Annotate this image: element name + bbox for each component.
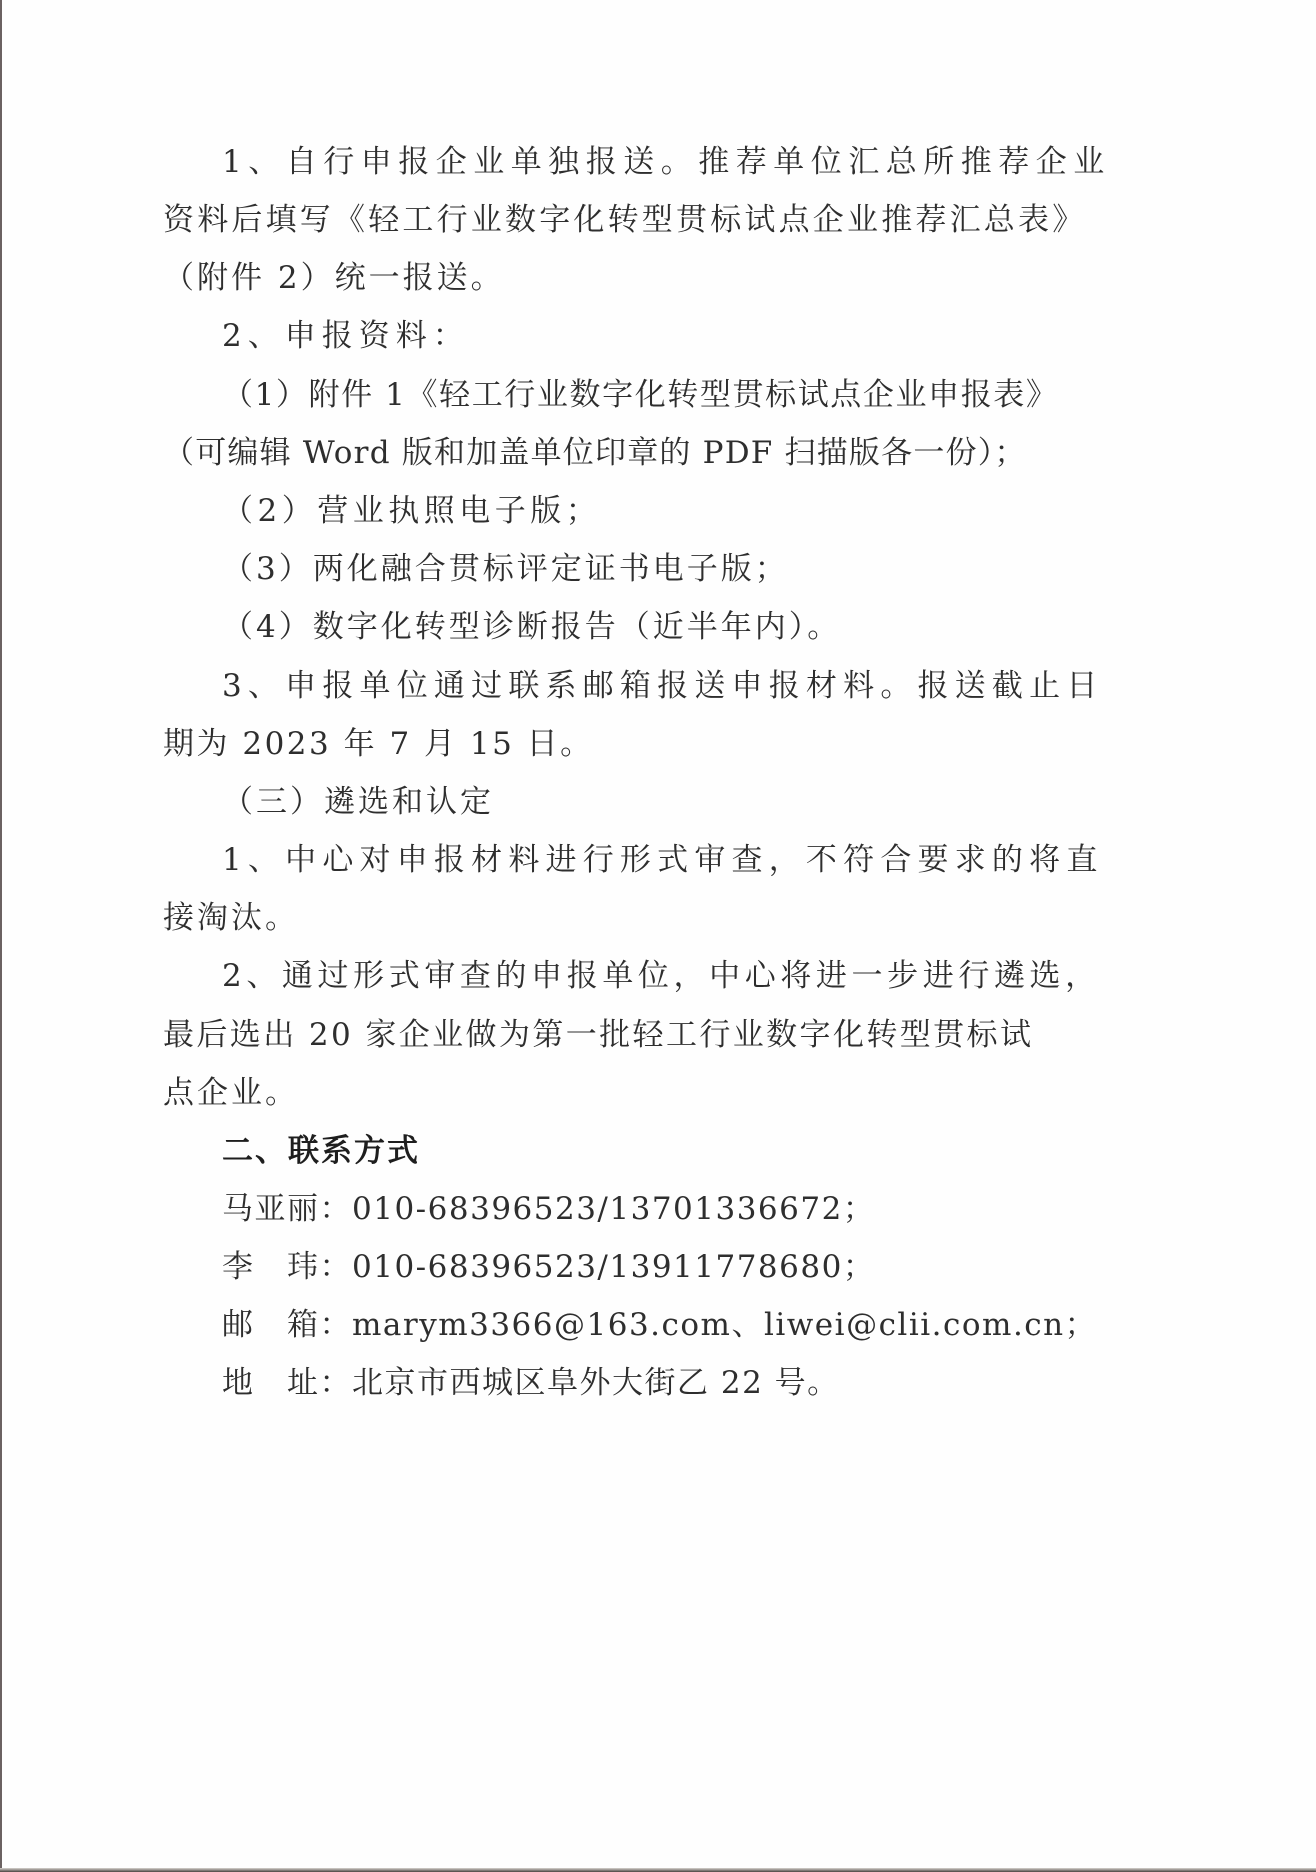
- contact-label: 李 玮：: [222, 1247, 352, 1287]
- paragraph-line: （可编辑 Word 版和加盖单位印章的 PDF 扫描版各一份）；: [163, 433, 1027, 473]
- contact-value: 010-68396523/13701336672；: [352, 1191, 875, 1227]
- section-heading-contact: 二、联系方式: [222, 1131, 420, 1171]
- paragraph-line: 2、申报资料：: [222, 316, 470, 356]
- contact-row: 马亚丽：010-68396523/13701336672；: [222, 1189, 875, 1229]
- paragraph-line: 最后选出 20 家企业做为第一批轻工行业数字化转型贯标试: [163, 1015, 1033, 1055]
- contact-label: 邮 箱：: [222, 1305, 352, 1345]
- paragraph-line: 2、通过形式审查的申报单位，中心将进一步进行遴选，: [222, 956, 1101, 996]
- paragraph-line: （2）营业执照电子版；: [222, 491, 601, 531]
- contact-row: 地 址：北京市西城区阜外大街乙 22 号。: [222, 1363, 840, 1403]
- address-value: 北京市西城区阜外大街乙 22 号。: [352, 1365, 840, 1401]
- contact-label: 地 址：: [222, 1363, 352, 1403]
- scan-edge-left: [0, 0, 2, 1872]
- scan-edge-bottom: [0, 1868, 1316, 1872]
- paragraph-line: 资料后填写《轻工行业数字化转型贯标试点企业推荐汇总表》: [163, 200, 1086, 240]
- subsection-heading: （三）遴选和认定: [222, 782, 494, 822]
- scanned-document-page: 1、自行申报企业单独报送。推荐单位汇总所推荐企业 资料后填写《轻工行业数字化转型…: [0, 0, 1316, 1872]
- email-addresses: marym3366@163.com、liwei@clii.com.cn；: [352, 1307, 1097, 1343]
- paragraph-line: 接淘汰。: [163, 898, 299, 938]
- paragraph-line: （4）数字化转型诊断报告（近半年内）。: [222, 607, 841, 647]
- contact-row: 邮 箱：marym3366@163.com、liwei@clii.com.cn；: [222, 1305, 1097, 1345]
- paragraph-line: 点企业。: [163, 1073, 299, 1113]
- contact-row: 李 玮：010-68396523/13911778680；: [222, 1247, 875, 1287]
- paragraph-line: 1、中心对申报材料进行形式审查，不符合要求的将直: [222, 840, 1104, 880]
- paragraph-line: 1、自行申报企业单独报送。推荐单位汇总所推荐企业: [222, 142, 1111, 182]
- contact-value: 010-68396523/13911778680；: [352, 1249, 875, 1285]
- paragraph-line: （附件 2）统一报送。: [163, 258, 505, 298]
- paragraph-line: 期为 2023 年 7 月 15 日。: [163, 724, 594, 764]
- contact-label: 马亚丽：: [222, 1189, 352, 1229]
- paragraph-line: （1）附件 1《轻工行业数字化转型贯标试点企业申报表》: [222, 375, 1059, 415]
- paragraph-line: 3、申报单位通过联系邮箱报送申报材料。报送截止日: [222, 666, 1104, 706]
- paragraph-line: （3）两化融合贯标评定证书电子版；: [222, 549, 789, 589]
